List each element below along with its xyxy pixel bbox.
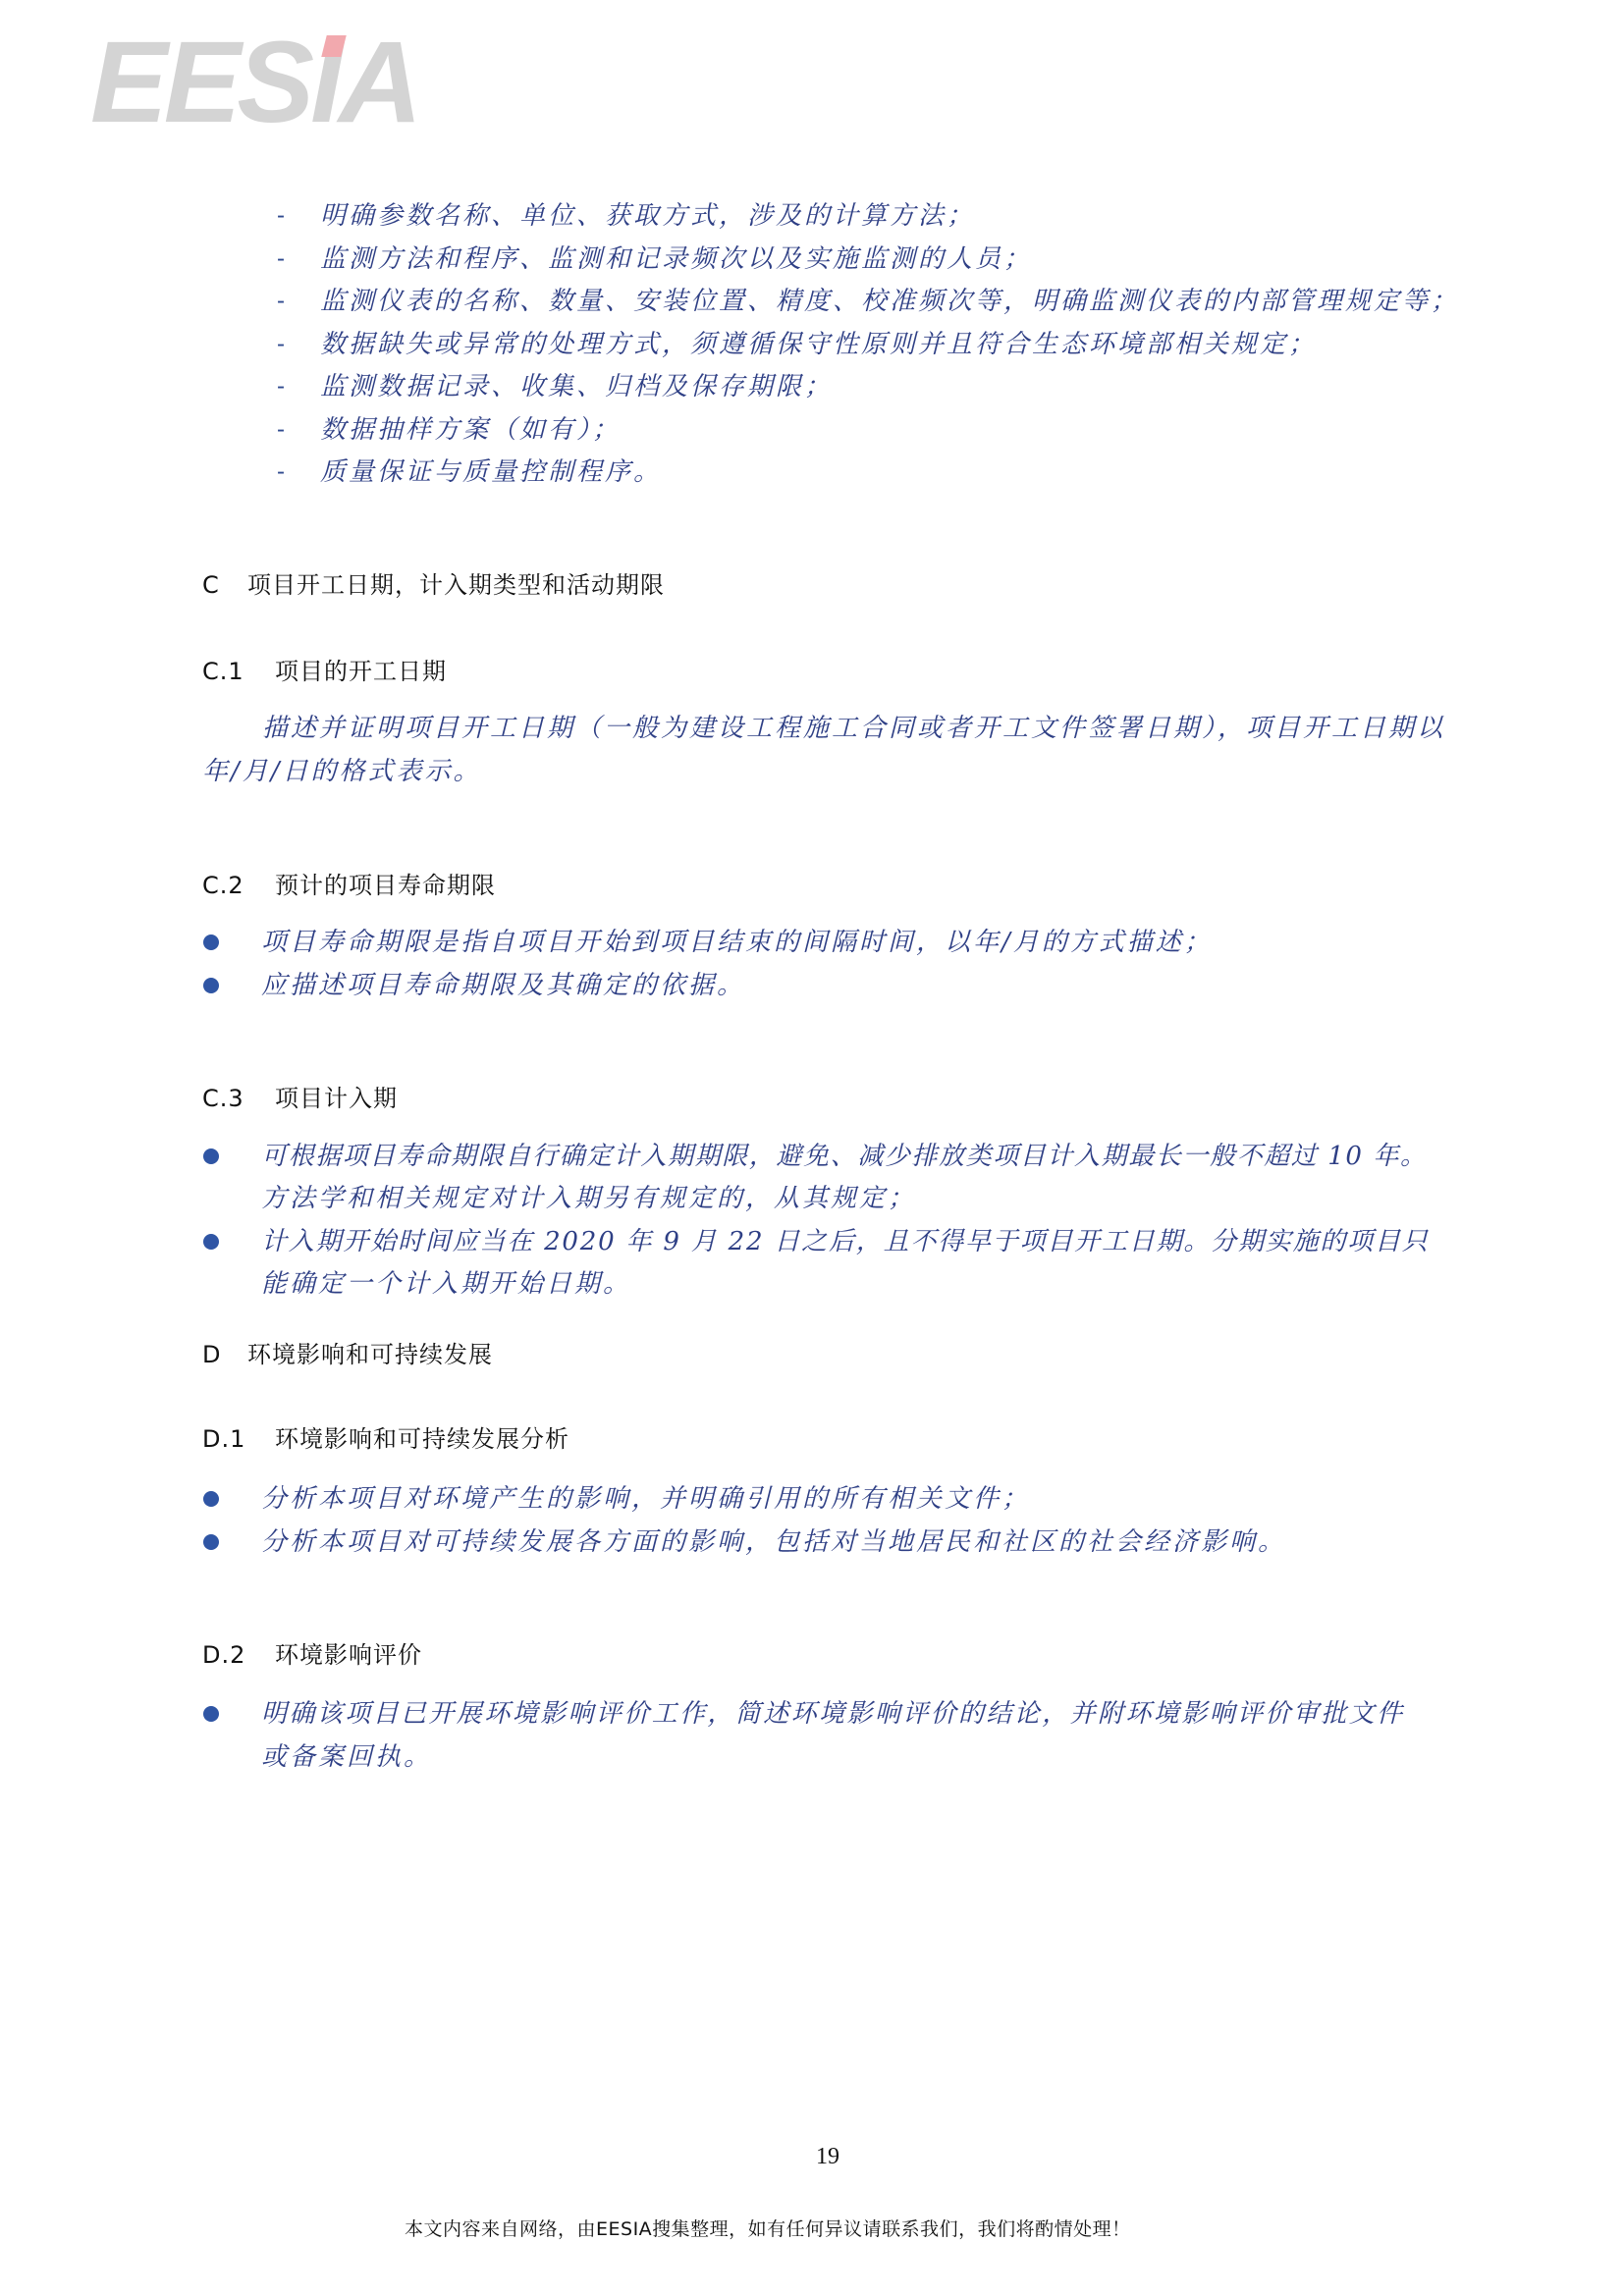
bullet-item-continuation: 方法学和相关规定对计入期另有规定的，从其规定； <box>261 1183 916 1214</box>
bullet-item: 分析本项目对环境产生的影响，并明确引用的所有相关文件； <box>261 1483 1030 1515</box>
dash-list-item: 数据抽样方案（如有）； <box>320 414 621 446</box>
dash-marker: - <box>277 202 285 230</box>
section-number: D <box>202 1341 247 1368</box>
section-title: 预计的项目寿命期限 <box>275 872 496 899</box>
bullet-icon <box>203 1491 219 1507</box>
bullet-item: 项目寿命期限是指自项目开始到项目结束的间隔时间，以年/月的方式描述； <box>261 927 1213 958</box>
bullet-icon <box>203 1148 219 1164</box>
bullet-item: 可根据项目寿命期限自行确定计入期期限，避免、减少排放类项目计入期最长一般不超过 … <box>261 1141 1428 1172</box>
section-title: 环境影响和可持续发展 <box>247 1341 493 1368</box>
section-c2-heading: C.2预计的项目寿命期限 <box>202 866 496 900</box>
dash-list-item: 明确参数名称、单位、获取方式，涉及的计算方法； <box>320 200 975 232</box>
section-number: C.3 <box>202 1085 275 1112</box>
section-title: 环境影响评价 <box>275 1641 422 1669</box>
page-number: 19 <box>816 2144 839 2170</box>
dash-list-item: 质量保证与质量控制程序。 <box>320 456 662 488</box>
dash-marker: - <box>277 458 285 486</box>
bullet-item-continuation: 或备案回执。 <box>261 1741 432 1773</box>
section-c1-heading: C.1项目的开工日期 <box>202 652 447 686</box>
bullet-icon <box>203 978 219 993</box>
paragraph-line: 描述并证明项目开工日期（一般为建设工程施工合同或者开工文件签署日期），项目开工日… <box>262 713 1445 744</box>
section-number: D.2 <box>202 1641 275 1669</box>
section-c3-heading: C.3项目计入期 <box>202 1079 398 1113</box>
eesia-logo: EESIA <box>90 33 418 132</box>
section-title: 项目的开工日期 <box>275 658 447 685</box>
document-page: EESIA - 明确参数名称、单位、获取方式，涉及的计算方法； - 监测方法和程… <box>0 0 1624 2296</box>
section-title: 环境影响和可持续发展分析 <box>275 1425 569 1453</box>
section-number: C.1 <box>202 658 275 685</box>
dash-marker: - <box>277 373 285 400</box>
logo-text-ees: EES <box>90 33 310 132</box>
logo-text-a: A <box>339 33 418 132</box>
dash-list-item: 数据缺失或异常的处理方式，须遵循保守性原则并且符合生态环境部相关规定； <box>320 329 1317 360</box>
logo-letter-i: I <box>310 33 339 132</box>
bullet-item: 计入期开始时间应当在 2020 年 9 月 22 日之后，且不得早于项目开工日期… <box>261 1226 1430 1257</box>
dash-marker: - <box>277 331 285 358</box>
section-title: 项目开工日期，计入期类型和活动期限 <box>247 571 665 599</box>
bullet-item-continuation: 能确定一个计入期开始日期。 <box>261 1268 631 1300</box>
dash-list-item: 监测仪表的名称、数量、安装位置、精度、校准频次等，明确监测仪表的内部管理规定等； <box>320 286 1459 317</box>
footer-disclaimer: 本文内容来自网络，由EESIA搜集整理，如有任何异议请联系我们，我们将酌情处理！ <box>405 2215 1131 2241</box>
dash-marker: - <box>277 245 285 273</box>
section-c-heading: C项目开工日期，计入期类型和活动期限 <box>202 565 665 600</box>
section-d-heading: D环境影响和可持续发展 <box>202 1335 493 1369</box>
dash-list-item: 监测数据记录、收集、归档及保存期限； <box>320 371 833 402</box>
bullet-icon <box>203 934 219 950</box>
dash-list-item: 监测方法和程序、监测和记录频次以及实施监测的人员； <box>320 243 1032 275</box>
section-d1-heading: D.1环境影响和可持续发展分析 <box>202 1419 569 1454</box>
bullet-item: 应描述项目寿命期限及其确定的依据。 <box>261 970 745 1001</box>
paragraph-line: 年/月/日的格式表示。 <box>202 756 482 787</box>
section-d2-heading: D.2环境影响评价 <box>202 1635 422 1670</box>
section-number: C <box>202 571 247 599</box>
section-title: 项目计入期 <box>275 1085 398 1112</box>
bullet-item: 明确该项目已开展环境影响评价工作，简述环境影响评价的结论，并附环境影响评价审批文… <box>261 1698 1404 1730</box>
section-number: C.2 <box>202 872 275 899</box>
bullet-item: 分析本项目对可持续发展各方面的影响，包括对当地居民和社区的社会经济影响。 <box>261 1526 1286 1558</box>
bullet-icon <box>203 1234 219 1250</box>
dash-marker: - <box>277 288 285 315</box>
dash-marker: - <box>277 416 285 444</box>
bullet-icon <box>203 1706 219 1722</box>
bullet-icon <box>203 1534 219 1550</box>
section-number: D.1 <box>202 1425 275 1453</box>
